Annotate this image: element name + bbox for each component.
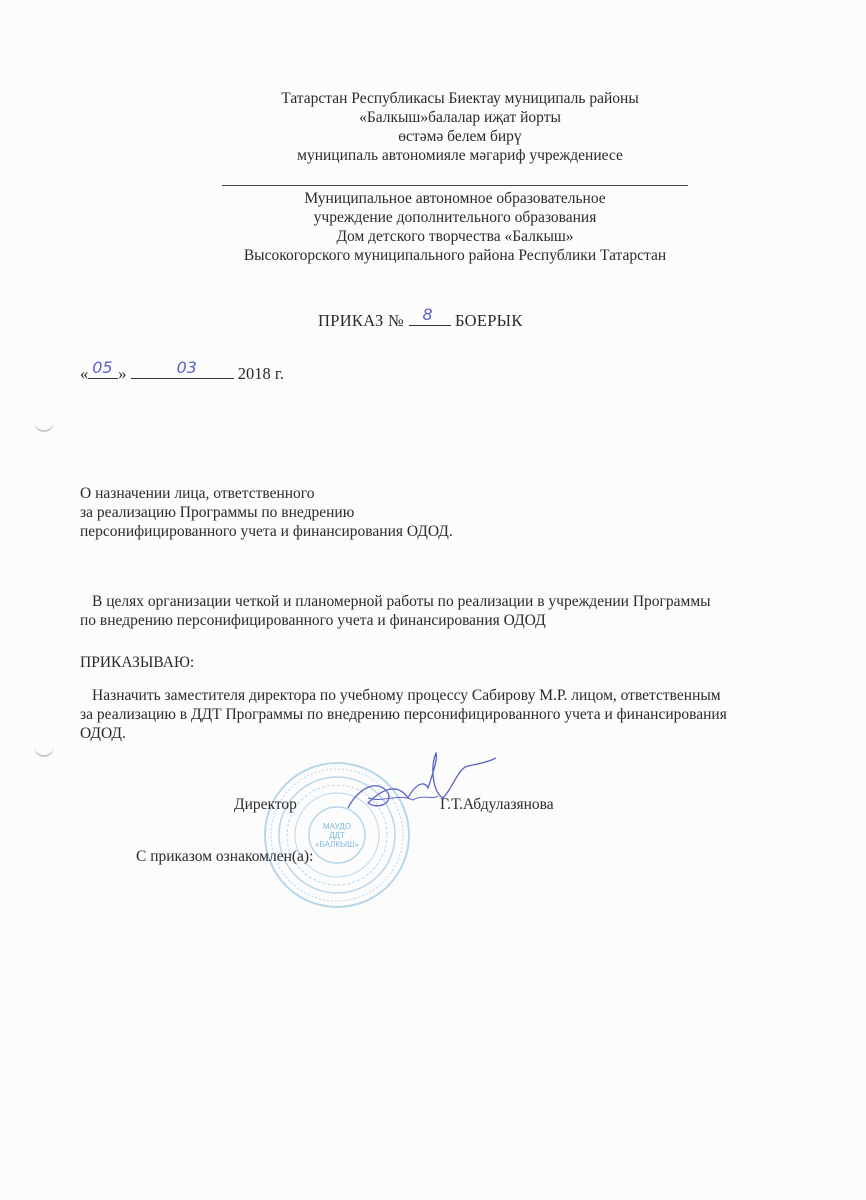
header-tatar-line: Татарстан Республикасы Биектау муниципал… [110,89,810,108]
header-tatar: Татарстан Республикасы Биектау муниципал… [110,89,810,165]
date-month-handwritten: 03 [177,358,197,377]
order-number-handwritten: 8 [423,305,433,324]
order-title: ПРИКАЗ № 8 БОЕРЫК [318,311,523,331]
order-subject: О назначении лица, ответственного за реа… [80,484,453,541]
date-year: 2018 г. [238,364,284,383]
order-title-suffix: БОЕРЫК [455,311,523,330]
date-open-quote: « [80,364,88,383]
directive-line: за реализацию в ДДТ Программы по внедрен… [80,705,810,724]
date-close-quote: » [118,364,126,383]
date-day-handwritten: 05 [92,358,112,377]
header-tatar-line: өстәмә белем бирү [110,127,810,146]
preamble-line: В целях организации четкой и планомерной… [80,592,810,611]
header-russian-line: Высокогорского муниципального района Рес… [105,246,805,265]
date-month-field: 03 [131,364,234,379]
order-date: «05» 03 2018 г. [80,364,284,384]
header-tatar-line: «Балкыш»балалар иҗат йорты [110,108,810,127]
preamble-line: по внедрению персонифицированного учета … [80,611,810,630]
stamp-center-text: МАУДО ДДТ «БАЛКЫШ» [262,822,412,849]
handwritten-signature-icon [338,748,498,820]
scanned-document-page: Татарстан Республикасы Биектау муниципал… [0,0,866,1200]
stamp-line: МАУДО [262,822,412,831]
order-title-prefix: ПРИКАЗ № [318,311,404,330]
header-russian-line: учреждение дополнительного образования [105,208,805,227]
header-tatar-line: муниципаль автономияле мәгариф учреждени… [110,146,810,165]
signatory-position: Директор [234,796,297,814]
acknowledgement-label: С приказом ознакомлен(а): [136,848,313,866]
ordering-heading: ПРИКАЗЫВАЮ: [80,654,194,672]
date-day-field: 05 [88,364,118,379]
header-russian: Муниципальное автономное образовательное… [105,189,805,265]
subject-line: персонифицированного учета и финансирова… [80,522,453,541]
header-russian-line: Муниципальное автономное образовательное [105,189,805,208]
subject-line: за реализацию Программы по внедрению [80,503,453,522]
order-number-field: 8 [409,311,451,326]
stamp-line: ДДТ [262,831,412,840]
header-divider [222,185,688,186]
directive-paragraph: Назначить заместителя директора по учебн… [80,686,810,743]
directive-line: ОДОД. [80,724,810,743]
preamble-paragraph: В целях организации четкой и планомерной… [80,592,810,630]
header-russian-line: Дом детского творчества «Балкыш» [105,227,805,246]
punch-hole-mark [34,420,54,432]
subject-line: О назначении лица, ответственного [80,484,453,503]
punch-hole-mark [34,745,54,757]
directive-line: Назначить заместителя директора по учебн… [80,686,810,705]
